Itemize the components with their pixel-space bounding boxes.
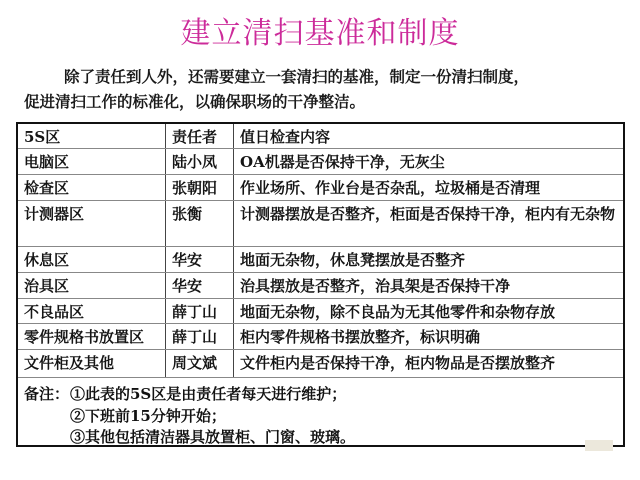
cell-owner: 张朝阳 (165, 175, 233, 200)
note-item: ②下班前15分钟开始； (70, 406, 226, 426)
cell-content: 作业场所、作业台是否杂乱，垃圾桶是否清理 (233, 175, 623, 200)
table-notes: 备注： ①此表的5S区是由责任者每天进行维护； ②下班前15分钟开始； ③其他包… (18, 380, 623, 447)
cell-area: 治具区 (18, 273, 165, 298)
table-row: 文件柜及其他 周文斌 文件柜内是否保持干净，柜内物品是否摆放整齐 (18, 350, 623, 378)
header-content: 值日检查内容 (233, 124, 623, 148)
table-row: 检查区 张朝阳 作业场所、作业台是否杂乱，垃圾桶是否清理 (18, 175, 623, 201)
intro-line-2: 促进清扫工作的标准化，以确保职场的干净整洁。 (24, 89, 624, 114)
cell-owner: 张衡 (165, 201, 233, 246)
intro-paragraph: 除了责任到人外，还需要建立一套清扫的基准，制定一份清扫制度， 促进清扫工作的标准… (24, 64, 624, 114)
cell-area: 检查区 (18, 175, 165, 200)
decorative-tab-mark (585, 440, 613, 451)
header-area: 5S区 (18, 124, 165, 148)
cell-area: 文件柜及其他 (18, 350, 165, 377)
cell-area: 电脑区 (18, 149, 165, 174)
cell-content: 地面无杂物，除不良品为无其他零件和杂物存放 (233, 299, 623, 323)
note-item: ①此表的5S区是由责任者每天进行维护； (70, 384, 346, 404)
table-row: 休息区 华安 地面无杂物，休息凳摆放是否整齐 (18, 247, 623, 273)
cell-content: OA机器是否保持干净，无灰尘 (233, 149, 623, 174)
cell-owner: 周文斌 (165, 350, 233, 377)
cleaning-standards-table: 5S区 责任者 值日检查内容 电脑区 陆小凤 OA机器是否保持干净，无灰尘 检查… (16, 122, 625, 447)
cell-owner: 华安 (165, 273, 233, 298)
cell-owner: 陆小凤 (165, 149, 233, 174)
note-item: ③其他包括清洁器具放置柜、门窗、玻璃。 (70, 427, 355, 447)
cell-owner: 华安 (165, 247, 233, 272)
table-row: 计测器区 张衡 计测器摆放是否整齐，柜面是否保持干净，柜内有无杂物 (18, 201, 623, 247)
table-row: 零件规格书放置区 薛丁山 柜内零件规格书摆放整齐，标识明确 (18, 324, 623, 350)
cell-content: 地面无杂物，休息凳摆放是否整齐 (233, 247, 623, 272)
header-owner: 责任者 (165, 124, 233, 148)
cell-area: 休息区 (18, 247, 165, 272)
cell-content: 柜内零件规格书摆放整齐，标识明确 (233, 324, 623, 349)
table-row: 电脑区 陆小凤 OA机器是否保持干净，无灰尘 (18, 149, 623, 175)
cell-area: 零件规格书放置区 (18, 324, 165, 349)
cell-owner: 薛丁山 (165, 324, 233, 349)
page-title: 建立清扫基准和制度 (0, 14, 640, 54)
notes-label: 备注： (24, 384, 69, 404)
cell-content: 计测器摆放是否整齐，柜面是否保持干净，柜内有无杂物 (233, 201, 623, 246)
table-row: 治具区 华安 治具摆放是否整齐，治具架是否保持干净 (18, 273, 623, 299)
cell-owner: 薛丁山 (165, 299, 233, 323)
cell-area: 计测器区 (18, 201, 165, 246)
cell-area: 不良品区 (18, 299, 165, 323)
cell-content: 文件柜内是否保持干净，柜内物品是否摆放整齐 (233, 350, 623, 377)
table-row: 不良品区 薛丁山 地面无杂物，除不良品为无其他零件和杂物存放 (18, 299, 623, 324)
intro-line-1: 除了责任到人外，还需要建立一套清扫的基准，制定一份清扫制度， (24, 64, 624, 89)
table-header-row: 5S区 责任者 值日检查内容 (18, 124, 623, 149)
cell-content: 治具摆放是否整齐，治具架是否保持干净 (233, 273, 623, 298)
